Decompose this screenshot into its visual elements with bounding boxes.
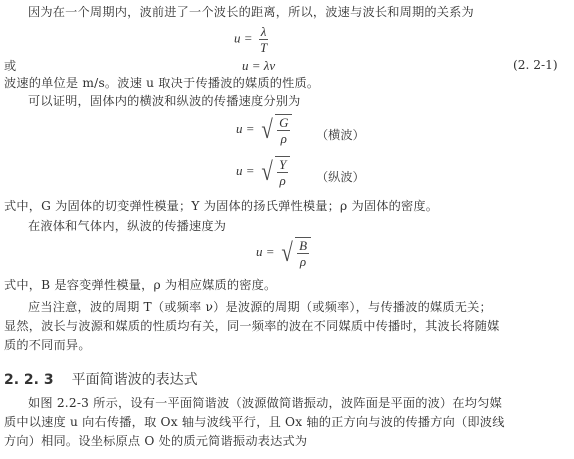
equation-longitudinal-wave: u = √ Y ρ [236,156,290,188]
paragraph-plane-wave-line-1: 如图 2.2-3 所示，设有一平面简谐波（波源做简谐振动，波阵面是平面的波）在均… [28,395,502,411]
sqrt-icon: √ [261,156,272,188]
paragraph-note-line-3: 质的不同而异。 [4,337,91,353]
sqrt-icon: √ [281,237,292,269]
paragraph-wave-relation: 因为在一个周期内，波前进了一个波长的距离，所以，波速与波长和周期的关系为 [28,4,474,20]
paragraph-note-line-2: 显然，波长与波源和媒质的性质均有关，同一频率的波在不同媒质中传播时，其波长将随媒 [4,318,500,334]
paragraph-solid-moduli: 式中，G 为固体的切变弹性模量；Y 为固体的扬氏弹性模量；ρ 为固体的密度。 [4,198,438,214]
sqrt-icon: √ [261,114,272,146]
paragraph-plane-wave-line-2: 质中以速度 u 向右传播，取 Ox 轴与波线平行，且 Ox 轴的正方向与波的传播… [4,414,505,430]
equation-number: (2. 2-1) [513,58,558,72]
section-title: 平面简谐波的表达式 [72,372,198,388]
paragraph-note-line-1: 应当注意，波的周期 T（或频率 ν）是波源的周期（或频率），与传播波的媒质无关； [28,299,492,315]
transverse-label: （横波） [316,126,365,143]
section-heading: 2. 2. 3平面简谐波的表达式 [4,369,198,389]
longitudinal-label: （纵波） [316,168,365,185]
equation-fluid-wave: u = √ B ρ [256,237,311,269]
paragraph-solid-speeds: 可以证明，固体内的横波和纵波的传播速度分别为 [28,93,301,109]
equation-transverse-wave: u = √ G ρ [236,114,292,146]
equation-u-lambda-nu: u = λν [242,58,275,74]
or-label: 或 [4,58,16,74]
section-number: 2. 2. 3 [4,372,54,388]
paragraph-plane-wave-line-3: 方向）相同。设坐标原点 O 处的质元简谐振动表达式为 [4,433,307,449]
paragraph-bulk-modulus: 式中，B 是容变弹性模量，ρ 为相应媒质的密度。 [4,277,276,293]
equation-u-lambda-over-t: u = λ T [234,24,268,55]
paragraph-fluid-speed: 在液体和气体内，纵波的传播速度为 [28,218,226,234]
paragraph-wave-speed-unit: 波速的单位是 m/s。波速 u 取决于传播波的媒质的性质。 [4,75,319,91]
